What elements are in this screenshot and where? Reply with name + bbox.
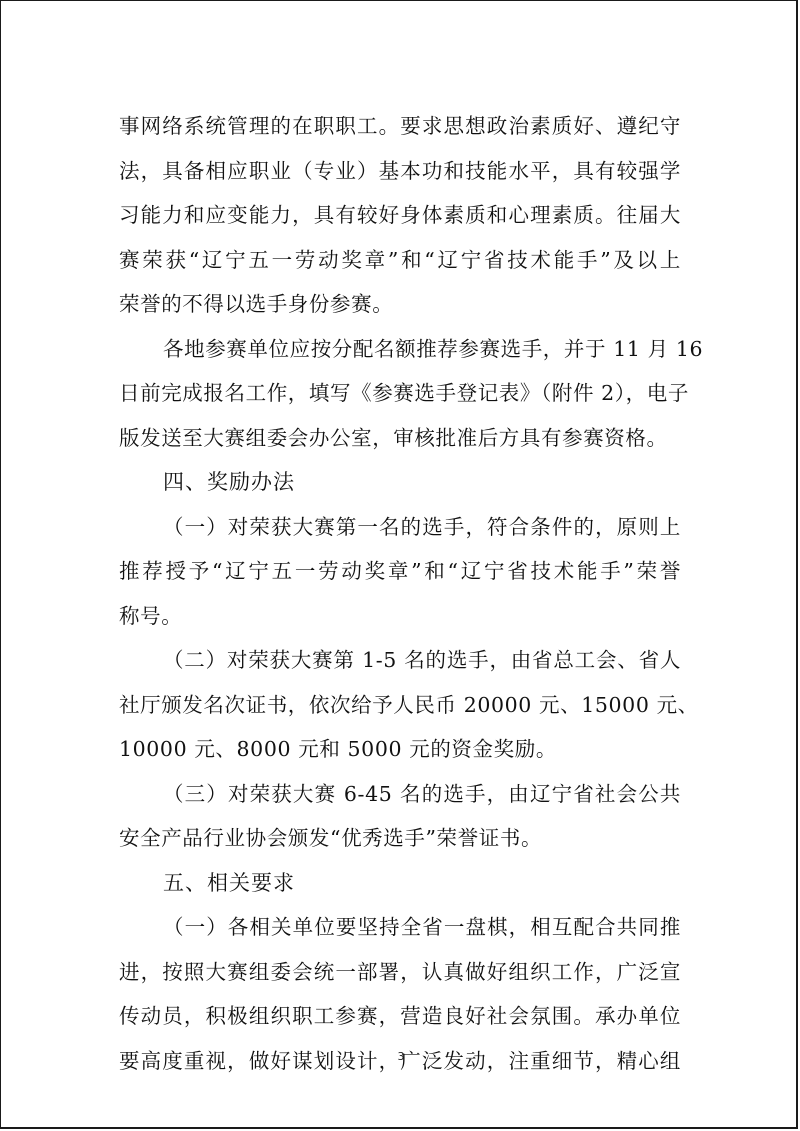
section-heading-requirements: 五、相关要求 (119, 861, 681, 906)
paragraph-eligibility: 事网络系统管理的在职职工。要求思想政治素质好、遵纪守 法，具备相应职业（专业）基… (119, 104, 681, 327)
text-line: （一）各相关单位要坚持全省一盘棋，相互配合共同推 (119, 905, 681, 950)
document-body: 事网络系统管理的在职职工。要求思想政治素质好、遵纪守 法，具备相应职业（专业）基… (119, 104, 681, 1083)
text-line: 日前完成报名工作，填写《参赛选手登记表》（附件 2），电子 (119, 371, 681, 416)
text-line: 进，按照大赛组委会统一部署，认真做好组织工作，广泛宣 (119, 950, 681, 995)
text-line: 推荐授予“辽宁五一劳动奖章”和“辽宁省技术能手”荣誉 (119, 549, 681, 594)
paragraph-reward-6-45: （三）对荣获大赛 6-45 名的选手，由辽宁省社会公共 安全产品行业协会颁发“优… (119, 772, 681, 861)
section-heading-rewards: 四、奖励办法 (119, 460, 681, 505)
text-line: （三）对荣获大赛 6-45 名的选手，由辽宁省社会公共 (119, 772, 681, 817)
text-line: 10000 元、8000 元和 5000 元的资金奖励。 (119, 727, 681, 772)
text-line: （一）对荣获大赛第一名的选手，符合条件的，原则上 (119, 505, 681, 550)
paragraph-reward-top5: （二）对荣获大赛第 1-5 名的选手，由省总工会、省人 社厅颁发名次证书，依次给… (119, 638, 681, 772)
text-line: （二）对荣获大赛第 1-5 名的选手，由省总工会、省人 (119, 638, 681, 683)
text-line: 事网络系统管理的在职职工。要求思想政治素质好、遵纪守 (119, 104, 681, 149)
text-line: 习能力和应变能力，具有较好身体素质和心理素质。往届大 (119, 193, 681, 238)
paragraph-reward-first: （一）对荣获大赛第一名的选手，符合条件的，原则上 推荐授予“辽宁五一劳动奖章”和… (119, 505, 681, 639)
text-line: 安全产品行业协会颁发“优秀选手”荣誉证书。 (119, 816, 681, 861)
text-line: 法，具备相应职业（专业）基本功和技能水平，具有较强学 (119, 149, 681, 194)
text-line: 称号。 (119, 594, 681, 639)
text-line: 荣誉的不得以选手身份参赛。 (119, 282, 681, 327)
text-line: 传动员，积极组织职工参赛，营造良好社会氛围。承办单位 (119, 994, 681, 1039)
text-line: 版发送至大赛组委会办公室，审核批准后方具有参赛资格。 (119, 416, 681, 461)
text-line: 各地参赛单位应按分配名额推荐参赛选手，并于 11 月 16 (119, 327, 681, 372)
page-number: 3 (1, 1050, 800, 1063)
document-page: 事网络系统管理的在职职工。要求思想政治素质好、遵纪守 法，具备相应职业（专业）基… (0, 0, 798, 1129)
text-line: 社厅颁发名次证书，依次给予人民币 20000 元、15000 元、 (119, 683, 681, 728)
text-line: 赛荣获“辽宁五一劳动奖章”和“辽宁省技术能手”及以上 (119, 238, 681, 283)
paragraph-registration: 各地参赛单位应按分配名额推荐参赛选手，并于 11 月 16 日前完成报名工作，填… (119, 327, 681, 461)
